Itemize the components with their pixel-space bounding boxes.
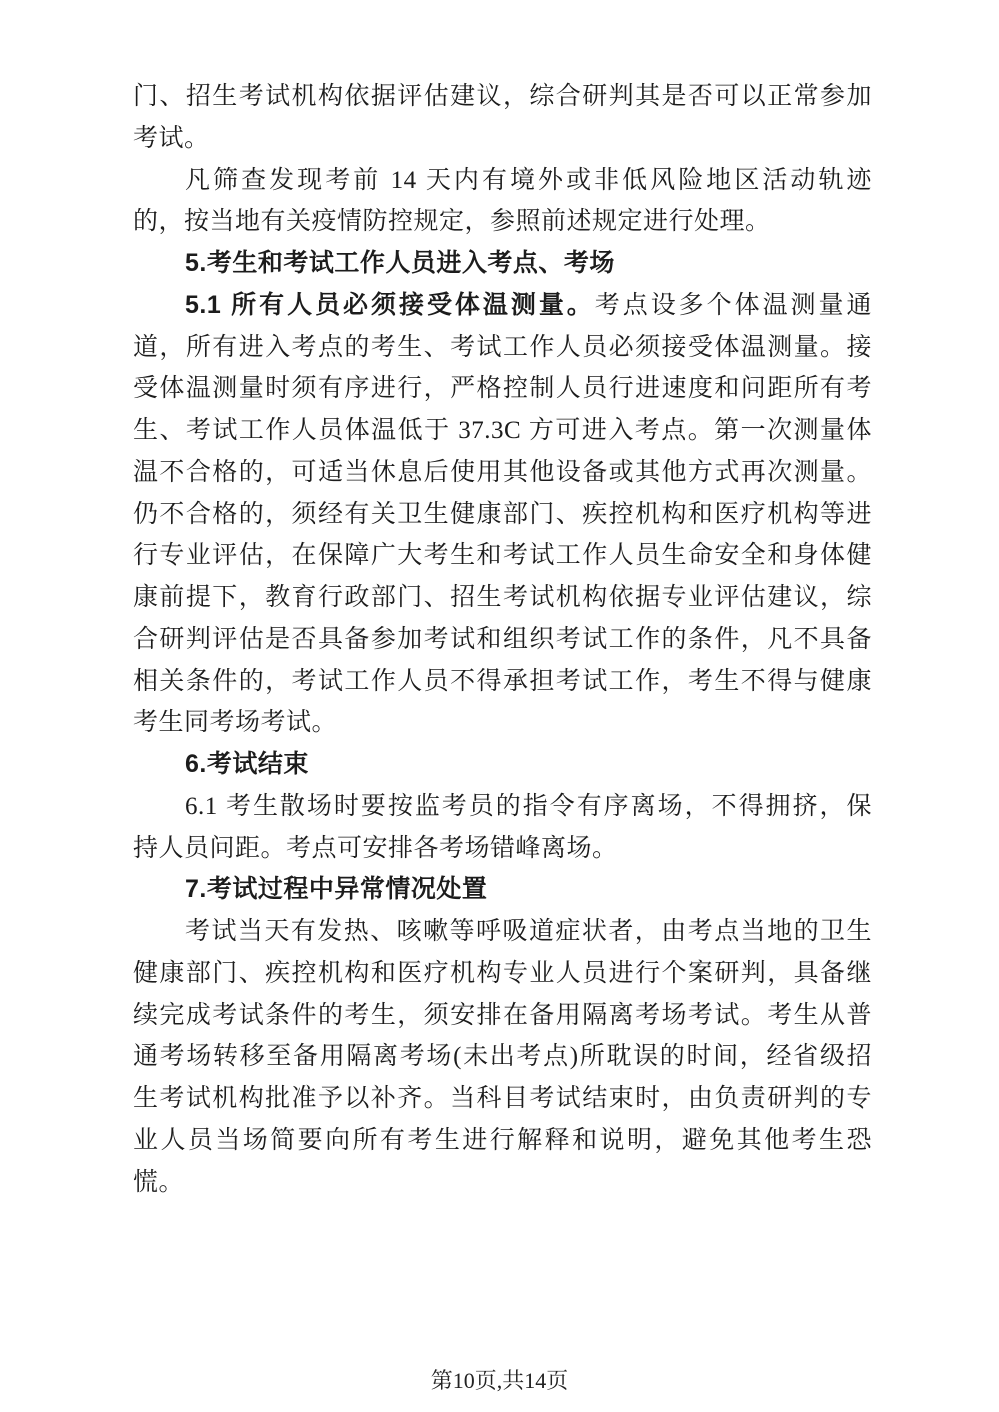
text-run: 相关条件的，考试工作人员不得承担考试工作，考生不得与健康 xyxy=(133,668,872,695)
heading-section-6: 6.考试结束 xyxy=(133,744,872,786)
text-run: 6.1 考生散场时要按监考员的指令有序离场，不得拥挤，保 xyxy=(185,793,872,820)
text-run: 行专业评估，在保障广大考生和考试工作人员生命安全和身体健 xyxy=(133,542,872,569)
para-7-line-7: 慌。 xyxy=(133,1162,872,1204)
text-run: 通考场转移至备用隔离考场(未出考点)所耽误的时间，经省级招 xyxy=(133,1043,872,1070)
text-run: 考点设多个体温测量通 xyxy=(595,292,872,319)
text-run: 业人员当场简要向所有考生进行解释和说明，避免其他考生恐 xyxy=(133,1127,872,1154)
para-5-1-line-10: 相关条件的，考试工作人员不得承担考试工作，考生不得与健康 xyxy=(133,661,872,703)
text-run: 门、招生考试机构依据评估建议，综合研判其是否可以正常参加 xyxy=(133,83,872,110)
bold-text-run: 6.考试结束 xyxy=(185,750,309,778)
para-6-1-line-1: 6.1 考生散场时要按监考员的指令有序离场，不得拥挤，保 xyxy=(133,786,872,828)
para-6-1-line-2: 持人员问距。考点可安排各考场错峰离场。 xyxy=(133,828,872,870)
para-assessment-line-1: 门、招生考试机构依据评估建议，综合研判其是否可以正常参加 xyxy=(133,76,872,118)
bold-text-run: 5.考生和考试工作人员进入考点、考场 xyxy=(185,249,615,277)
text-run: 道，所有进入考点的考生、考试工作人员必须接受体温测量。接 xyxy=(133,334,872,361)
bold-text-run: 7.考试过程中异常情况处置 xyxy=(185,875,487,903)
text-run: 受体温测量时须有序进行，严格控制人员行进速度和问距所有考 xyxy=(133,375,872,402)
para-screening-line-1: 凡筛查发现考前 14 天内有境外或非低风险地区活动轨迹 xyxy=(133,160,872,202)
text-run: 续完成考试条件的考生，须安排在备用隔离考场考试。考生从普 xyxy=(133,1002,872,1029)
text-run: 温不合格的，可适当休息后使用其他设备或其他方式再次测量。 xyxy=(133,459,872,486)
document-body: 门、招生考试机构依据评估建议，综合研判其是否可以正常参加考试。凡筛查发现考前 1… xyxy=(133,76,872,1203)
document-page: 门、招生考试机构依据评估建议，综合研判其是否可以正常参加考试。凡筛查发现考前 1… xyxy=(0,0,999,1412)
para-5-1-line-4: 生、考试工作人员体温低于 37.3C 方可进入考点。第一次测量体 xyxy=(133,410,872,452)
para-5-1-line-7: 行专业评估，在保障广大考生和考试工作人员生命安全和身体健 xyxy=(133,535,872,577)
text-run: 仍不合格的，须经有关卫生健康部门、疾控机构和医疗机构等进 xyxy=(133,501,872,528)
heading-section-5: 5.考生和考试工作人员进入考点、考场 xyxy=(133,243,872,285)
para-5-1-line-3: 受体温测量时须有序进行，严格控制人员行进速度和问距所有考 xyxy=(133,368,872,410)
para-7-line-1: 考试当天有发热、咳嗽等呼吸道症状者，由考点当地的卫生 xyxy=(133,911,872,953)
para-5-1-line-2: 道，所有进入考点的考生、考试工作人员必须接受体温测量。接 xyxy=(133,327,872,369)
text-run: 健康部门、疾控机构和医疗机构专业人员进行个案研判，具备继 xyxy=(133,960,872,987)
text-run: 考生同考场考试。 xyxy=(133,709,337,736)
text-run: 考试当天有发热、咳嗽等呼吸道症状者，由考点当地的卫生 xyxy=(185,918,872,945)
page-footer: 第10页,共14页 xyxy=(0,1364,999,1398)
text-run: 康前提下，教育行政部门、招生考试机构依据专业评估建议，综 xyxy=(133,584,872,611)
heading-section-7: 7.考试过程中异常情况处置 xyxy=(133,869,872,911)
para-assessment-line-2: 考试。 xyxy=(133,118,872,160)
para-7-line-3: 续完成考试条件的考生，须安排在备用隔离考场考试。考生从普 xyxy=(133,995,872,1037)
text-run: 合研判评估是否具备参加考试和组织考试工作的条件，凡不具备 xyxy=(133,626,872,653)
text-run: 考试。 xyxy=(133,125,210,152)
text-run: 的，按当地有关疫情防控规定，参照前述规定进行处理。 xyxy=(133,208,771,235)
text-run: 凡筛查发现考前 14 天内有境外或非低风险地区活动轨迹 xyxy=(185,167,872,194)
para-5-1-line-8: 康前提下，教育行政部门、招生考试机构依据专业评估建议，综 xyxy=(133,577,872,619)
para-5-1-line-5: 温不合格的，可适当休息后使用其他设备或其他方式再次测量。 xyxy=(133,452,872,494)
para-5-1-line-6: 仍不合格的，须经有关卫生健康部门、疾控机构和医疗机构等进 xyxy=(133,494,872,536)
para-screening-line-2: 的，按当地有关疫情防控规定，参照前述规定进行处理。 xyxy=(133,201,872,243)
para-7-line-5: 生考试机构批准予以补齐。当科目考试结束时，由负责研判的专 xyxy=(133,1078,872,1120)
text-run: 持人员问距。考点可安排各考场错峰离场。 xyxy=(133,835,618,862)
para-7-line-6: 业人员当场简要向所有考生进行解释和说明，避免其他考生恐 xyxy=(133,1120,872,1162)
bold-text-run: 5.1 所有人员必须接受体温测量。 xyxy=(185,291,595,319)
para-5-1-line-9: 合研判评估是否具备参加考试和组织考试工作的条件，凡不具备 xyxy=(133,619,872,661)
text-run: 生考试机构批准予以补齐。当科目考试结束时，由负责研判的专 xyxy=(133,1085,872,1112)
para-5-1-line-11: 考生同考场考试。 xyxy=(133,702,872,744)
para-5-1-line-1: 5.1 所有人员必须接受体温测量。考点设多个体温测量通 xyxy=(133,285,872,327)
text-run: 生、考试工作人员体温低于 37.3C 方可进入考点。第一次测量体 xyxy=(133,417,872,444)
page-number-label: 第10页,共14页 xyxy=(431,1368,569,1393)
para-7-line-2: 健康部门、疾控机构和医疗机构专业人员进行个案研判，具备继 xyxy=(133,953,872,995)
text-run: 慌。 xyxy=(133,1169,184,1196)
para-7-line-4: 通考场转移至备用隔离考场(未出考点)所耽误的时间，经省级招 xyxy=(133,1036,872,1078)
